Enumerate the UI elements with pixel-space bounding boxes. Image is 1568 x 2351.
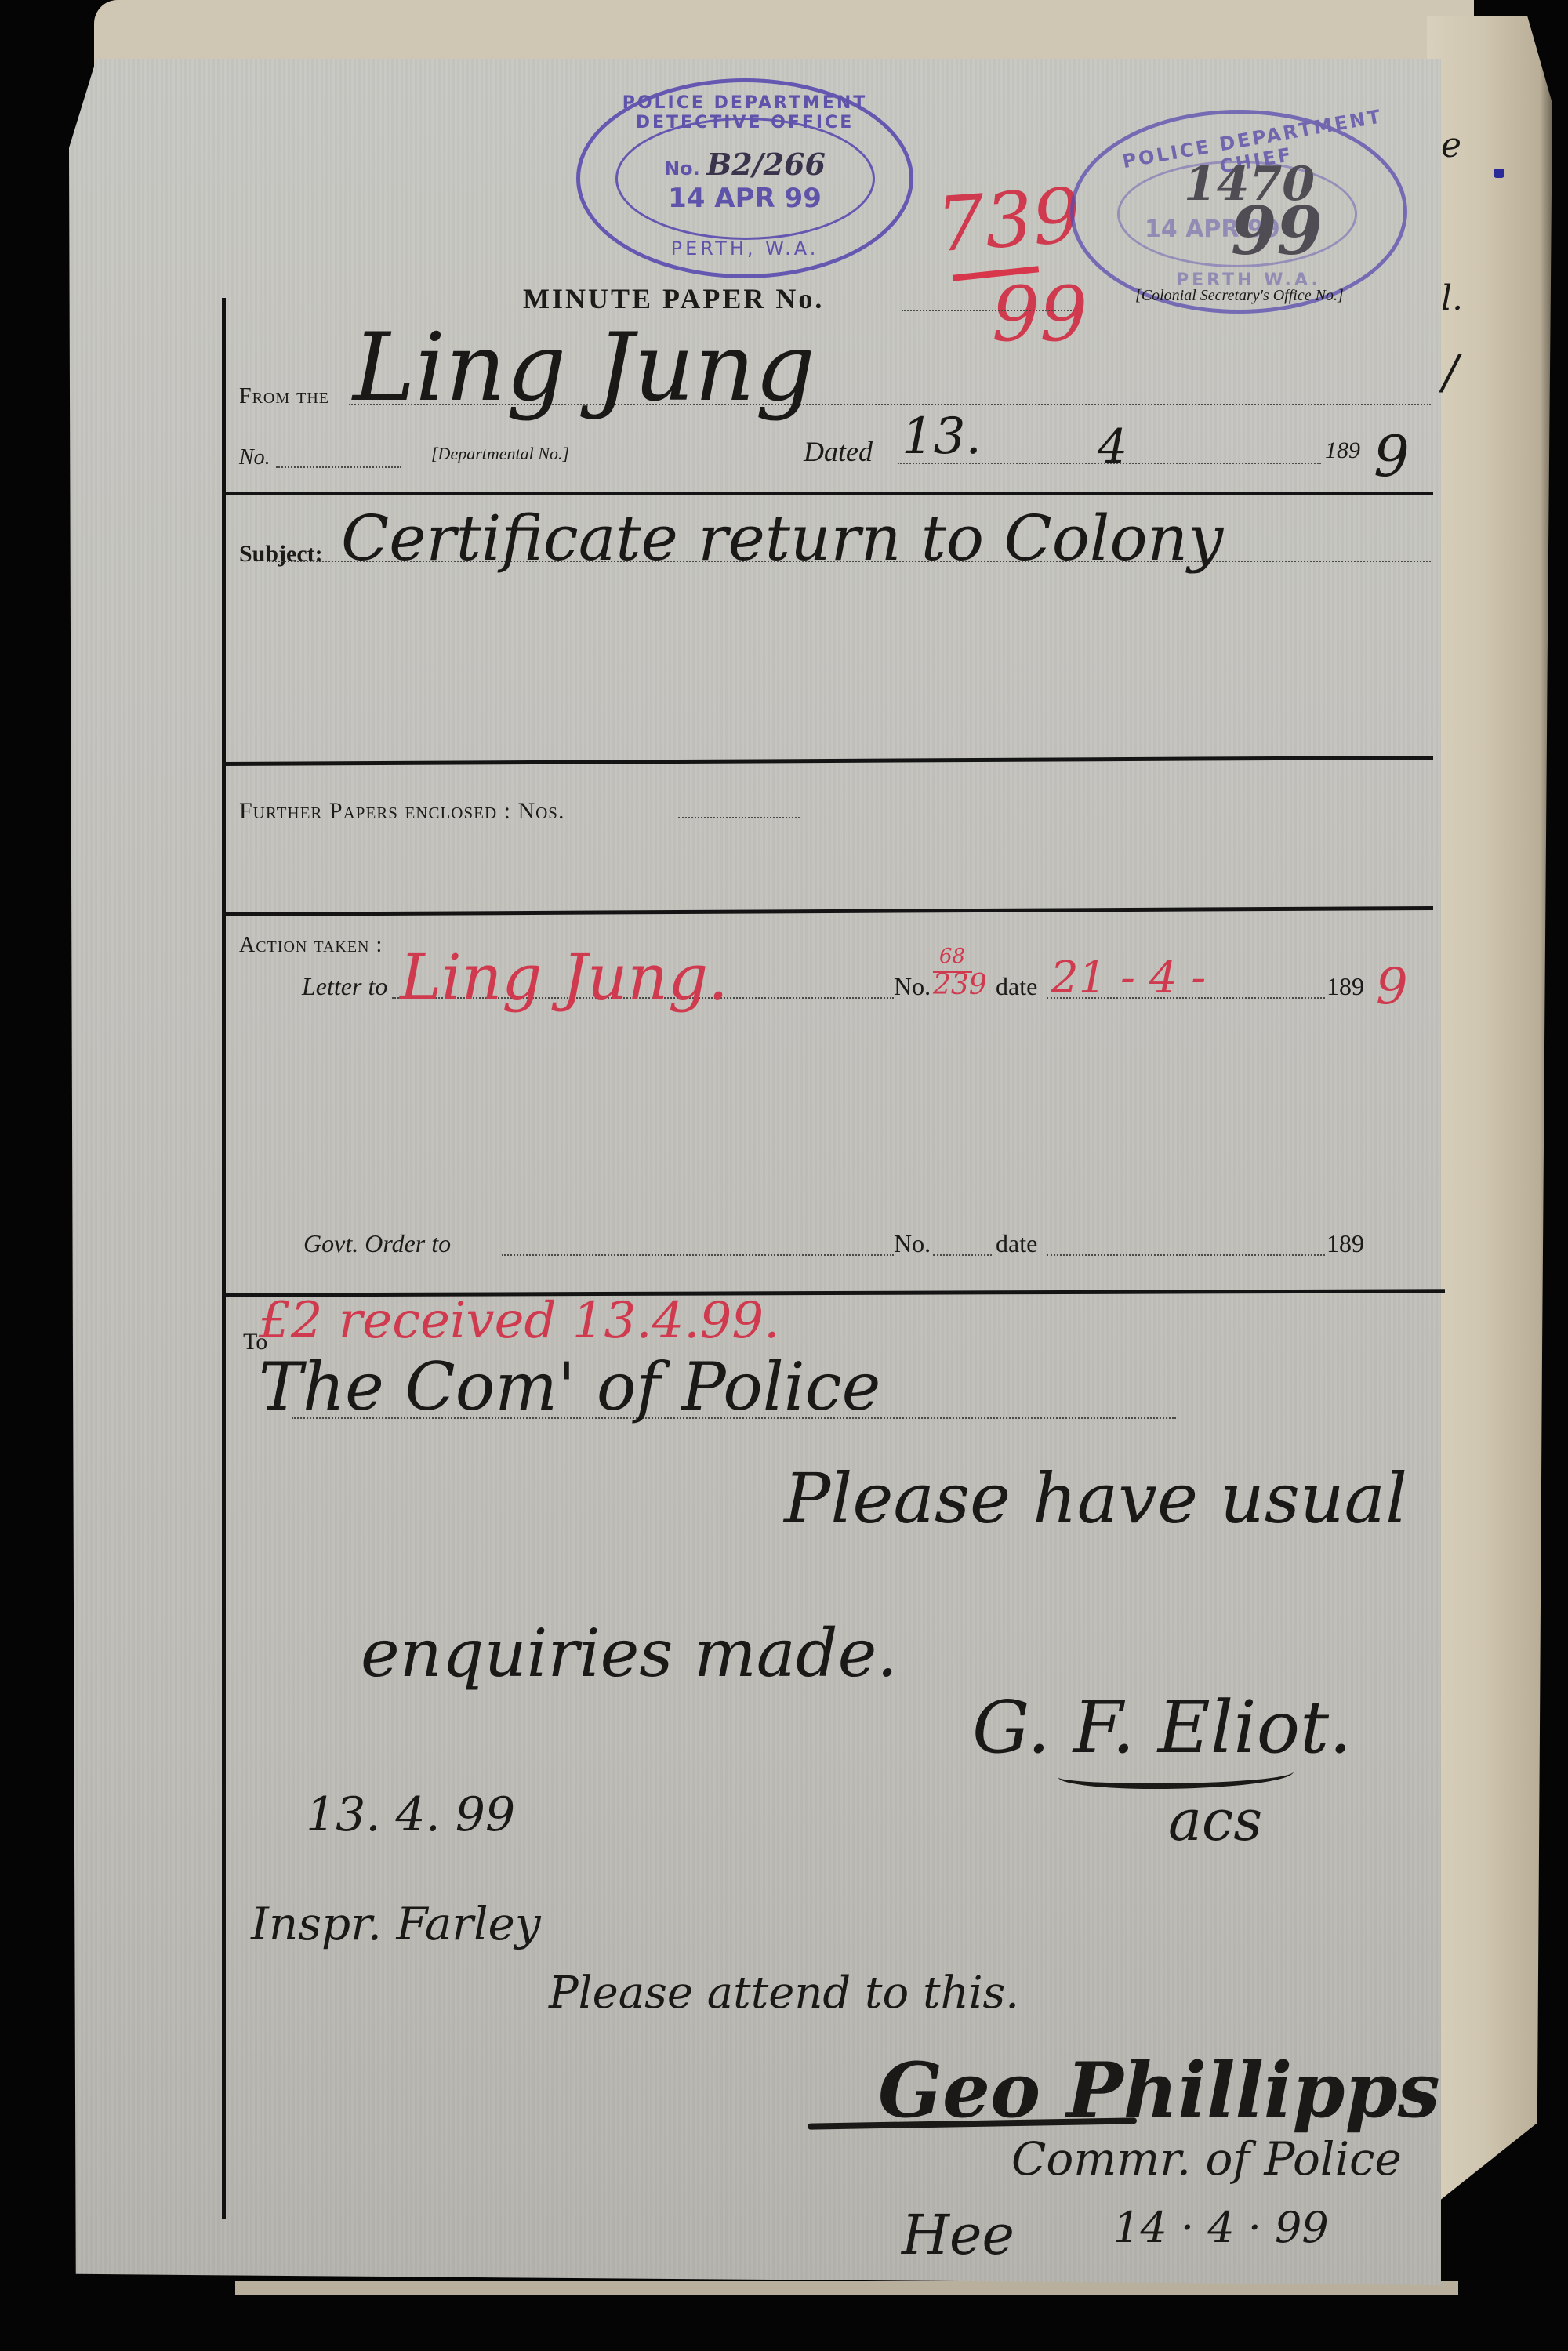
margin-mark-3: / xyxy=(1443,345,1458,400)
to-signature-title: acs xyxy=(1168,1787,1262,1853)
govt-order-label: Govt. Order to xyxy=(303,1229,451,1258)
colonial-office-label: [Colonial Secretary's Office No.] xyxy=(1135,287,1344,305)
to-addressee: The Com' of Police xyxy=(259,1348,880,1425)
stamp-ring-bottom: PERTH, W.A. xyxy=(580,238,909,259)
dated-year-suffix[interactable]: 9 xyxy=(1374,423,1410,489)
to-body-line2: enquiries made. xyxy=(361,1615,898,1692)
govt-date-line xyxy=(1047,1254,1325,1256)
action-year-prefix: 189 xyxy=(1327,972,1364,1001)
to-signature: G. F. Eliot. xyxy=(972,1685,1352,1769)
stamp-number-label: No. xyxy=(664,158,700,180)
stamp-date: 14 APR 99 xyxy=(580,183,909,214)
minute2-body: Please attend to this. xyxy=(549,1968,1019,2019)
dated-label: Dated xyxy=(804,435,873,468)
action-year-suffix[interactable]: 9 xyxy=(1376,958,1408,1016)
departmental-no-hint: [Departmental No.] xyxy=(431,444,569,464)
govt-no-line xyxy=(933,1254,992,1256)
minute-year-handwritten: 99 xyxy=(992,270,1087,358)
margin-mark-1: e xyxy=(1441,125,1461,165)
action-date-value[interactable]: 21 - 4 - xyxy=(1051,952,1206,1003)
action-no-value-bottom[interactable]: 239 xyxy=(933,969,987,1001)
subject-value[interactable]: Certificate return to Colony xyxy=(341,502,1223,575)
minute2-date: 14 · 4 · 99 xyxy=(1113,2203,1329,2252)
govt-order-line xyxy=(502,1254,894,1256)
minute2-initials: Hee xyxy=(902,2203,1014,2267)
letter-to-value[interactable]: Ling Jung. xyxy=(400,941,728,1014)
to-body-line1: Please have usual xyxy=(784,1458,1407,1539)
action-no-value-top[interactable]: 68 xyxy=(939,945,965,968)
dated-day[interactable]: 13. xyxy=(902,408,982,466)
chief-office-stamp: POLICE DEPARTMENT CHIEF 1470 14 APR 99 9… xyxy=(1070,110,1407,314)
minute-number-dotted-line xyxy=(902,310,1074,311)
govt-year-prefix: 189 xyxy=(1327,1229,1364,1258)
minute2-addressee: Inspr. Farley xyxy=(251,1897,541,1950)
govt-no-label: No. xyxy=(894,1229,931,1258)
left-margin-rule xyxy=(222,298,226,2219)
from-value[interactable]: Ling Jung xyxy=(353,314,815,423)
dated-month[interactable]: 4 xyxy=(1098,419,1127,474)
further-papers-label: Further Papers enclosed : Nos. xyxy=(239,798,564,825)
stamp-ring-top: POLICE DEPARTMENT DETECTIVE OFFICE xyxy=(580,93,909,132)
letter-to-label: Letter to xyxy=(302,972,387,1001)
departmental-no-label: No. xyxy=(239,445,270,470)
govt-date-label: date xyxy=(996,1229,1037,1258)
departmental-no-line xyxy=(276,466,401,468)
received-note: £2 received 13.4.99. xyxy=(259,1292,779,1350)
margin-mark-2: l. xyxy=(1441,278,1463,318)
stamp-handwritten-year: 99 xyxy=(1231,192,1323,270)
stamp-number-value: B2/266 xyxy=(706,147,826,182)
detective-office-stamp: POLICE DEPARTMENT DETECTIVE OFFICE No. B… xyxy=(576,78,913,278)
action-taken-label: Action taken : xyxy=(239,933,383,958)
minute2-signature-title: Commr. of Police xyxy=(1011,2132,1402,2186)
further-papers-line xyxy=(678,817,800,818)
from-label: From the xyxy=(239,384,329,409)
minute-paper-title: MINUTE PAPER No. xyxy=(523,282,824,315)
subject-label: Subject: xyxy=(239,541,323,568)
action-date-label: date xyxy=(996,972,1037,1001)
to-date: 13. 4. 99 xyxy=(306,1787,515,1842)
dated-year-prefix: 189 xyxy=(1325,437,1360,464)
margin-ink-dot xyxy=(1494,169,1504,178)
action-no-label: No. xyxy=(894,972,931,1001)
section-rule-1 xyxy=(222,492,1433,495)
minute-number-handwritten: 739 xyxy=(934,172,1083,270)
